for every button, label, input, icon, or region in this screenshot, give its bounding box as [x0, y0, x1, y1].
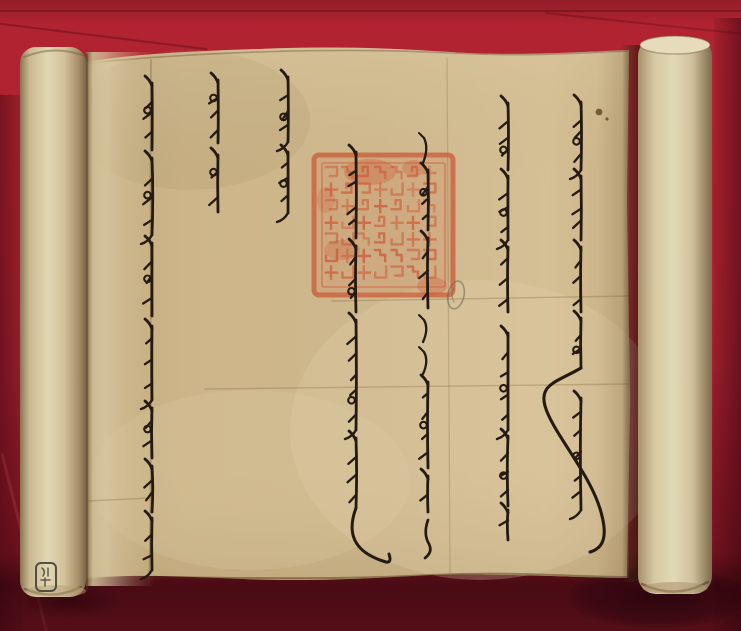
imperial-seal: [312, 153, 455, 297]
ink-spot: [605, 117, 608, 120]
right-roll: [622, 36, 712, 594]
ink-spot: [596, 109, 603, 116]
photo-frame: [0, 0, 741, 631]
left-roll: [20, 47, 86, 597]
sheet-curl-left: [86, 52, 154, 590]
scroll-artifact: [0, 0, 741, 631]
